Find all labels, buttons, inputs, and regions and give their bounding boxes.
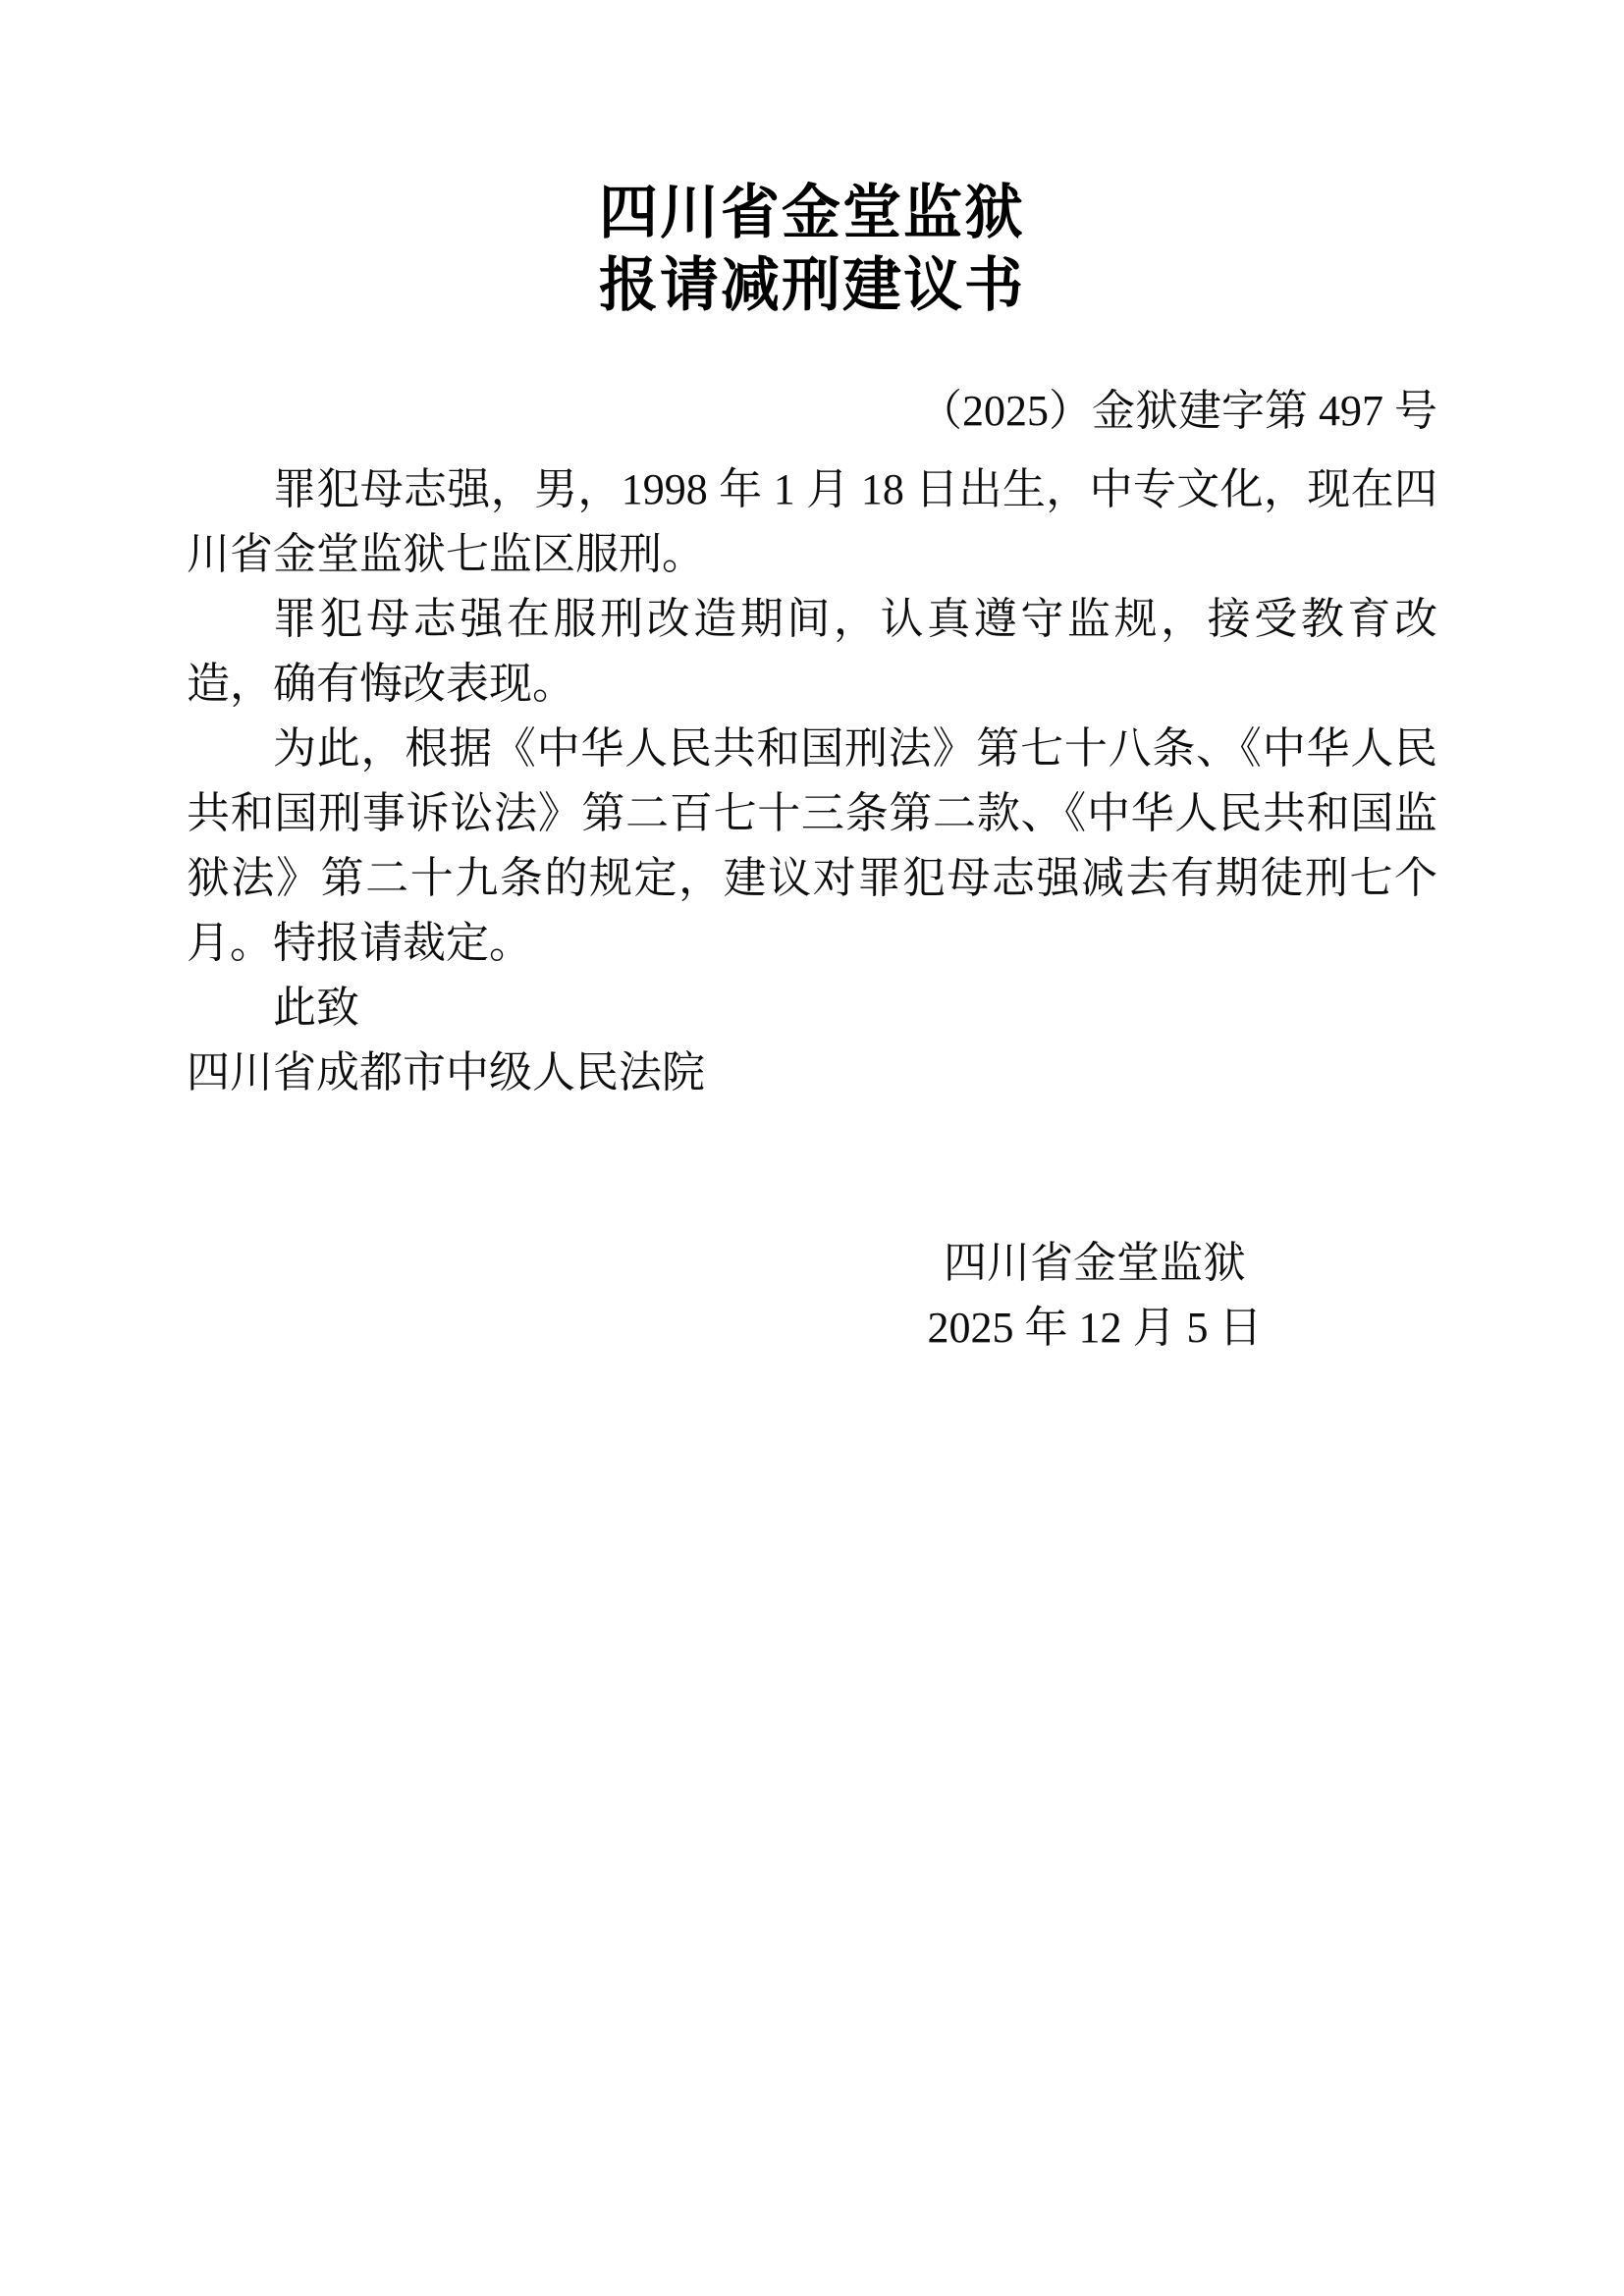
- paragraph-legal-basis: 为此，根据《中华人民共和国刑法》第七十八条、《中华人民共和国刑事诉讼法》第二百七…: [187, 717, 1437, 976]
- recipient-court: 四川省成都市中级人民法院: [187, 1041, 1437, 1105]
- document-body: 罪犯母志强，男，1998 年 1 月 18 日出生，中专文化，现在四川省金堂监狱…: [187, 457, 1437, 976]
- signature-organization: 四川省金堂监狱: [879, 1231, 1311, 1296]
- paragraph-offender-info: 罪犯母志强，男，1998 年 1 月 18 日出生，中专文化，现在四川省金堂监狱…: [187, 457, 1437, 587]
- document-title-line2: 报请减刑建议书: [187, 249, 1437, 322]
- signature-date: 2025 年 12 月 5 日: [879, 1296, 1311, 1361]
- salutation: 此致: [187, 976, 1437, 1041]
- document-content: 四川省金堂监狱 报请减刑建议书 （2025）金狱建字第 497 号 罪犯母志强，…: [0, 0, 1624, 1361]
- document-page: 四川省金堂监狱 报请减刑建议书 （2025）金狱建字第 497 号 罪犯母志强，…: [0, 0, 1624, 2296]
- document-title-line1: 四川省金堂监狱: [187, 177, 1437, 249]
- signature-block: 四川省金堂监狱 2025 年 12 月 5 日: [879, 1231, 1311, 1361]
- document-number: （2025）金狱建字第 497 号: [187, 379, 1437, 444]
- paragraph-conduct: 罪犯母志强在服刑改造期间，认真遵守监规，接受教育改造，确有悔改表现。: [187, 587, 1437, 717]
